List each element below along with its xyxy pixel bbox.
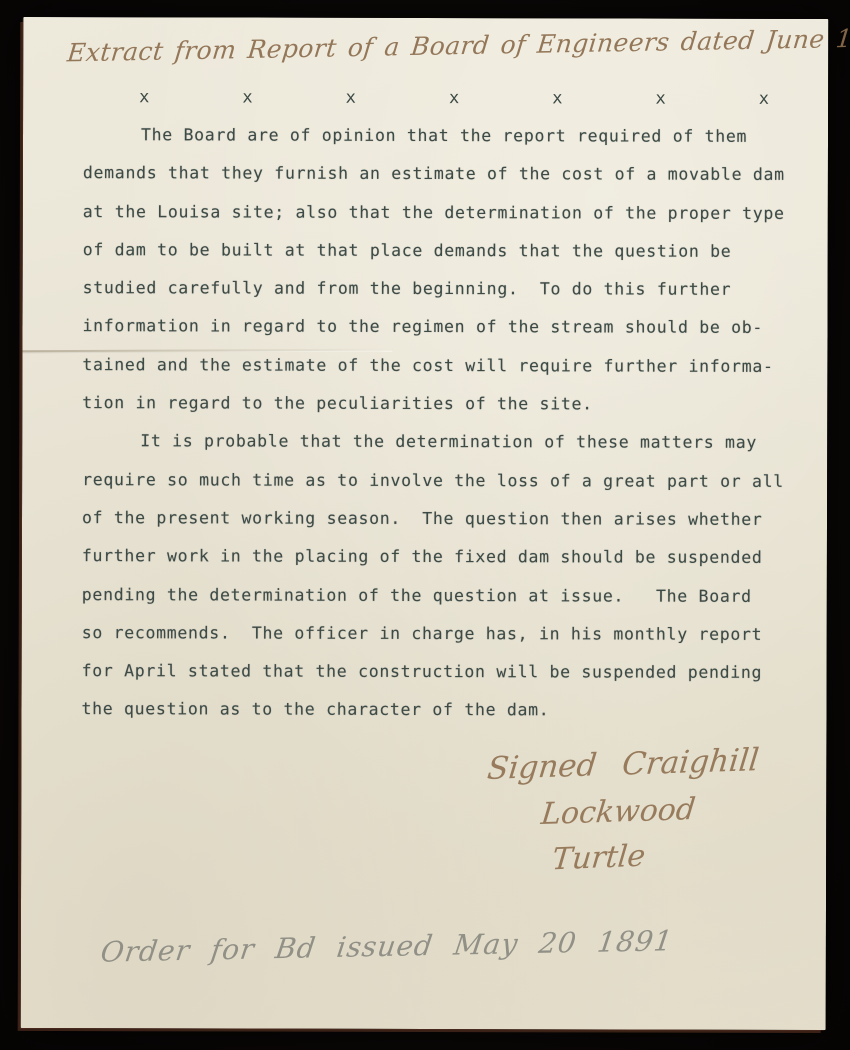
section-mark: x bbox=[552, 88, 562, 108]
body-line: for April stated that the construction w… bbox=[82, 652, 802, 692]
signature-lockwood: Lockwood bbox=[539, 792, 697, 832]
section-separator-row: x x x x x x x bbox=[139, 87, 769, 109]
section-mark: x bbox=[346, 88, 356, 108]
signature-turtle: Turtle bbox=[550, 838, 646, 877]
section-mark: x bbox=[759, 89, 769, 109]
signature-signed-craighill: Signed Craighill bbox=[485, 742, 760, 787]
document-page: Extract from Report of a Board of Engine… bbox=[21, 17, 829, 1030]
body-line: The Board are of opinion that the report… bbox=[83, 116, 803, 156]
body-line: tion in regard to the peculiarities of t… bbox=[82, 384, 802, 424]
body-line: of the present working season. The quest… bbox=[82, 499, 802, 539]
typewritten-body: The Board are of opinion that the report… bbox=[81, 116, 803, 731]
body-line: require so much time as to involve the l… bbox=[82, 461, 802, 501]
signature-block: Signed Craighill Lockwood Turtle bbox=[23, 17, 828, 19]
handwritten-annotation-top: Extract from Report of a Board of Engine… bbox=[66, 22, 850, 67]
section-mark: x bbox=[242, 88, 252, 108]
body-line: at the Louisa site; also that the determ… bbox=[83, 193, 803, 233]
photographed-document: { "annotations": { "top": "Extract from … bbox=[0, 0, 850, 1050]
section-mark: x bbox=[655, 89, 665, 109]
body-line: further work in the placing of the fixed… bbox=[82, 537, 802, 577]
body-line: pending the determination of the questio… bbox=[82, 576, 802, 616]
body-line: It is probable that the determination of… bbox=[82, 422, 802, 462]
body-line: studied carefully and from the beginning… bbox=[83, 269, 803, 309]
section-mark: x bbox=[449, 88, 459, 108]
body-line: of dam to be built at that place demands… bbox=[83, 231, 803, 271]
handwritten-annotation-bottom: Order for Bd issued May 20 1891 bbox=[99, 924, 675, 969]
body-line: the question as to the character of the … bbox=[81, 691, 801, 731]
body-line: tained and the estimate of the cost will… bbox=[82, 346, 802, 386]
body-line: demands that they furnish an estimate of… bbox=[83, 154, 803, 194]
section-mark: x bbox=[139, 87, 149, 107]
body-line: information in regard to the regimen of … bbox=[82, 308, 802, 348]
body-line: so recommends. The officer in charge has… bbox=[82, 614, 802, 654]
